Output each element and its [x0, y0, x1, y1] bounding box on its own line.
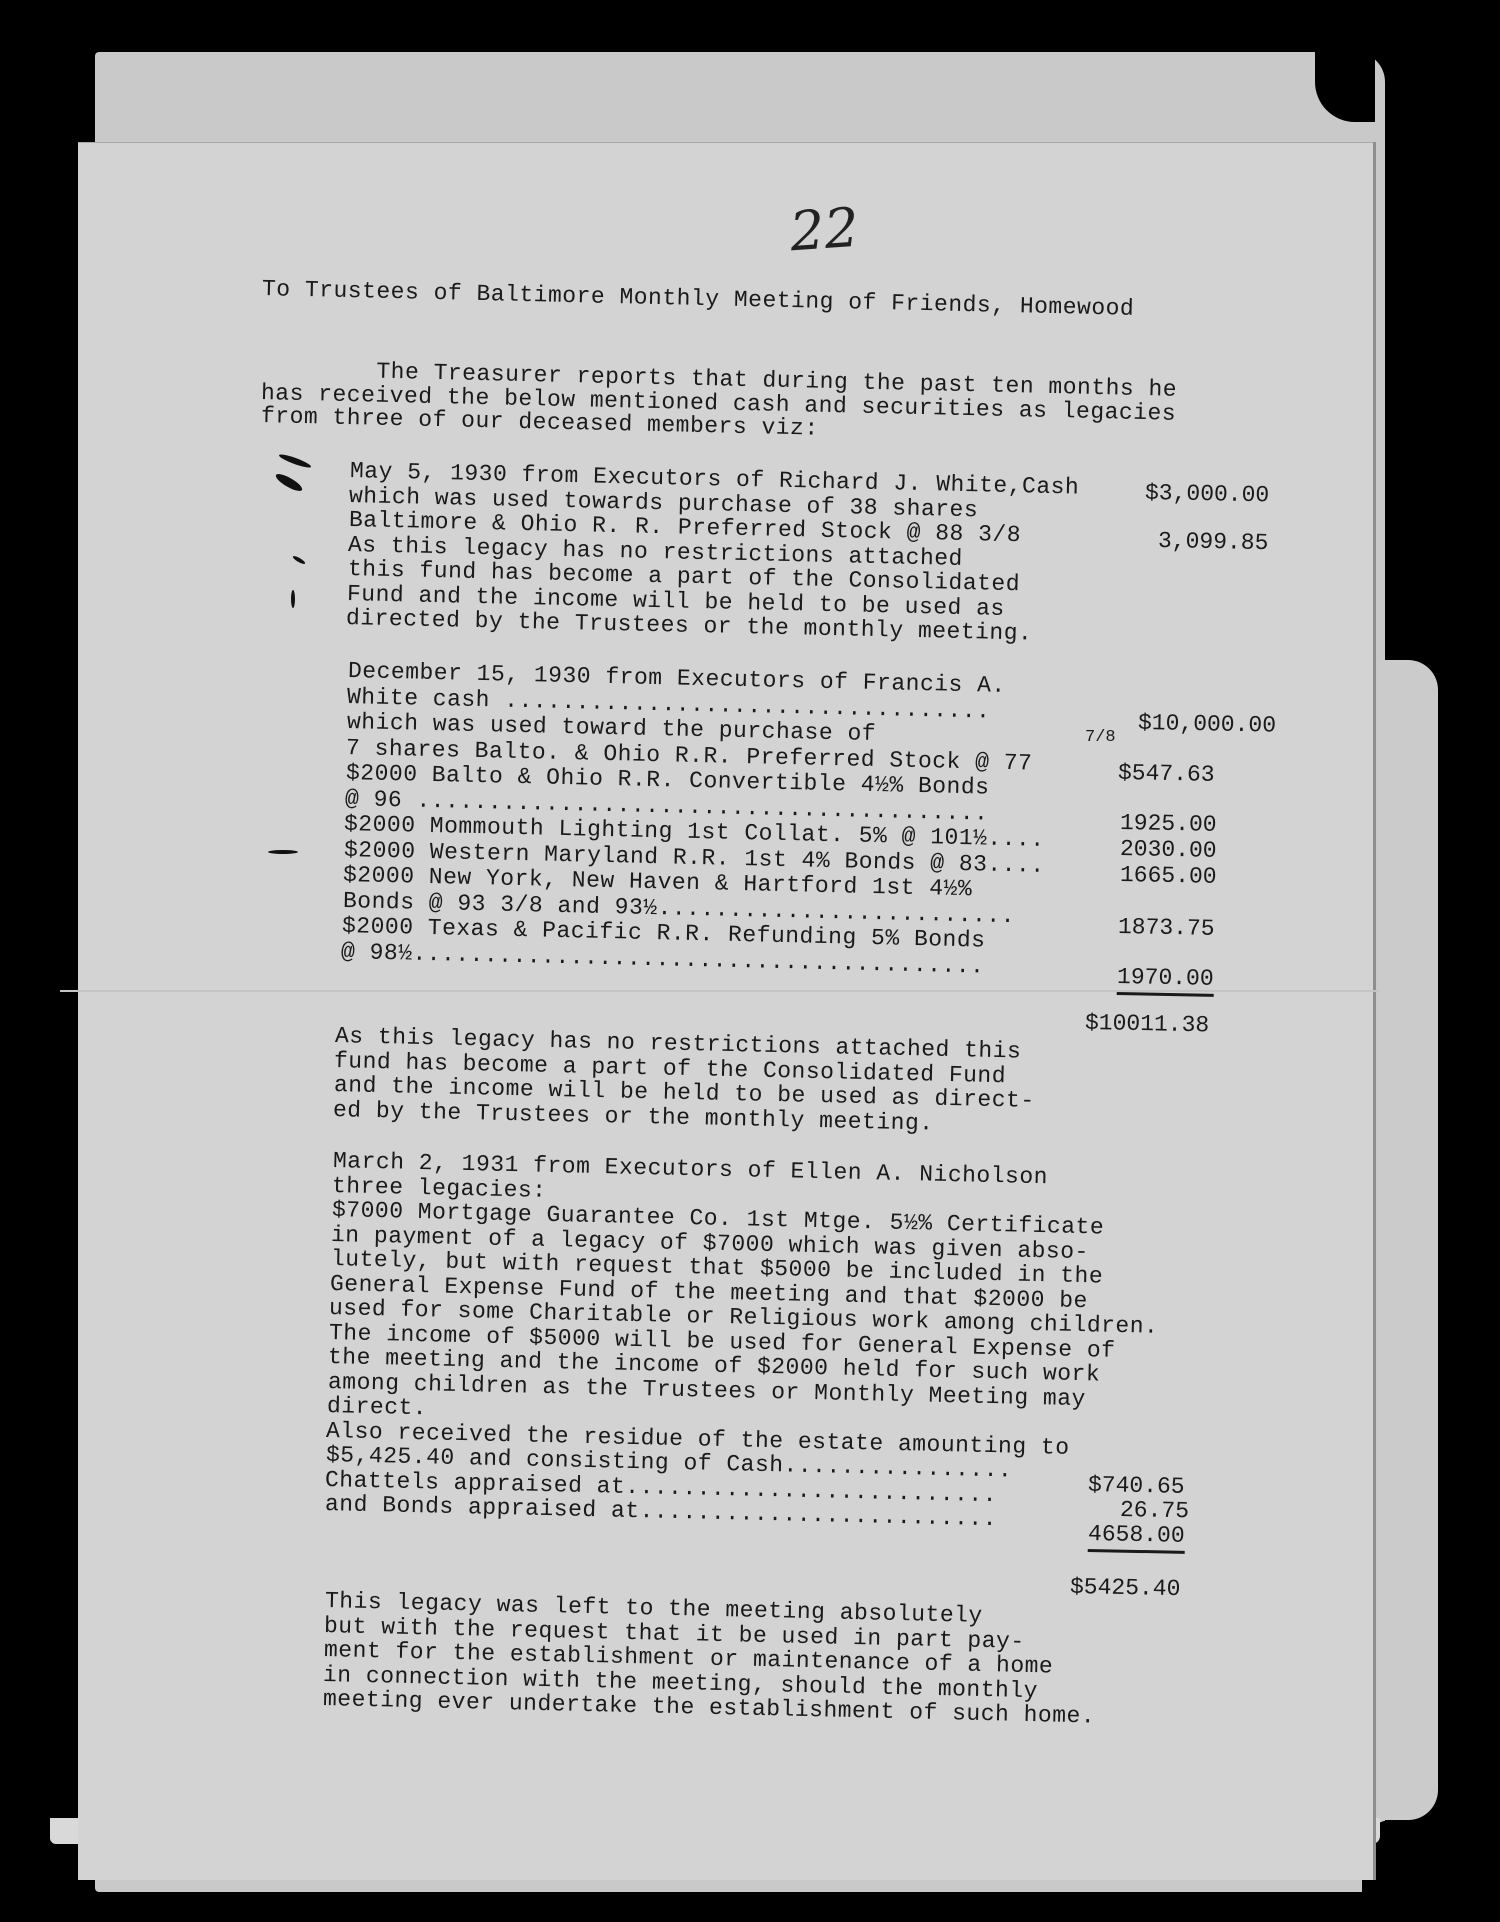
total-francis-white: $10011.38	[1085, 1010, 1210, 1038]
amount-bonds: 4658.00	[1088, 1521, 1185, 1554]
amount-white-cash: $3,000.00	[1145, 480, 1270, 508]
amount-monmouth-lighting: 2030.00	[1120, 836, 1217, 864]
amount-balto-ohio-bonds: 1925.00	[1120, 810, 1217, 838]
margin-ink-mark	[291, 590, 295, 608]
amount-francis-cash: $10,000.00	[1138, 710, 1277, 739]
amount-western-maryland: 1665.00	[1120, 862, 1217, 890]
amount-ny-nh-hartford: 1873.75	[1118, 914, 1215, 942]
stock-price-fraction: 7/8	[1085, 728, 1116, 747]
amount-white-stock: 3,099.85	[1158, 528, 1269, 556]
amount-residue-cash: $740.65	[1088, 1472, 1185, 1500]
amount-texas-pacific: 1970.00	[1117, 964, 1214, 997]
handwritten-page-number: 22	[788, 196, 861, 264]
legacy-line: direct.	[327, 1395, 428, 1420]
amount-chattels: 26.75	[1120, 1497, 1190, 1524]
total-ellen-nicholson: $5425.40	[1070, 1574, 1181, 1602]
margin-ink-mark	[268, 850, 298, 854]
amount-preferred-stock: $547.63	[1118, 760, 1215, 788]
folder-side-tab	[1378, 660, 1438, 1820]
